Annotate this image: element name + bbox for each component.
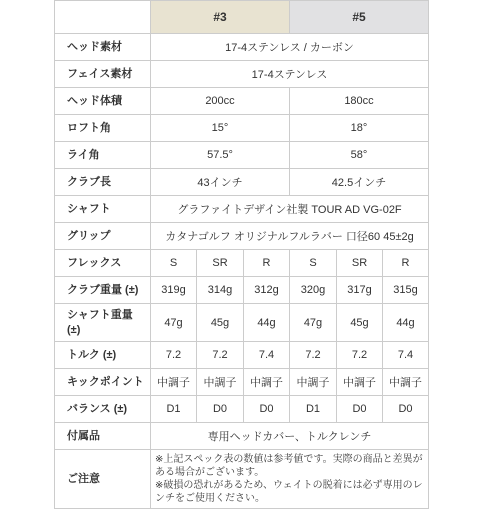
row-label: クラブ重量 (±) <box>55 277 151 304</box>
row-shaft-weight: シャフト重量 (±) 47g 45g 44g 47g 45g 44g <box>55 304 429 342</box>
spec-cell: 7.4 <box>244 342 290 369</box>
spec-cell: D0 <box>383 396 429 423</box>
row-label: トルク (±) <box>55 342 151 369</box>
column-header-3: #3 <box>151 1 290 34</box>
row-notice: ご注意 ※上記スペック表の数値は参考値です。実際の商品と差異がある場合がございま… <box>55 450 429 481</box>
row-head-material: ヘッド素材 17-4ステンレス / カーボン <box>55 34 429 61</box>
spec-cell: 7.2 <box>337 342 383 369</box>
spec-cell: 315g <box>383 277 429 304</box>
spec-cell: R <box>383 250 429 277</box>
spec-value-5: 180cc <box>290 88 429 115</box>
spec-cell: 7.2 <box>151 342 197 369</box>
spec-cell: D0 <box>337 396 383 423</box>
spec-cell: 中調子 <box>244 369 290 396</box>
row-flex: フレックス S SR R S SR R <box>55 250 429 277</box>
row-grip: グリップ カタナゴルフ オリジナルフルラバー 口径60 45±2g <box>55 223 429 250</box>
spec-cell: SR <box>337 250 383 277</box>
row-balance: バランス (±) D1 D0 D0 D1 D0 D0 <box>55 396 429 423</box>
spec-cell: SR <box>197 250 244 277</box>
spec-value-3: 57.5° <box>151 142 290 169</box>
spec-cell: R <box>244 250 290 277</box>
spec-cell: 319g <box>151 277 197 304</box>
spec-value-3: 43インチ <box>151 169 290 196</box>
spec-value: 17-4ステンレス <box>151 61 429 88</box>
spec-cell: 7.2 <box>290 342 337 369</box>
spec-cell: 47g <box>151 304 197 342</box>
spec-value-3: 15° <box>151 115 290 142</box>
spec-cell: 中調子 <box>337 369 383 396</box>
row-loft-angle: ロフト角 15° 18° <box>55 115 429 142</box>
row-label: ライ角 <box>55 142 151 169</box>
corner-cell <box>55 1 151 34</box>
row-club-weight: クラブ重量 (±) 319g 314g 312g 320g 317g 315g <box>55 277 429 304</box>
row-label: グリップ <box>55 223 151 250</box>
column-header-5: #5 <box>290 1 429 34</box>
spec-cell: 7.4 <box>383 342 429 369</box>
spec-cell: D0 <box>244 396 290 423</box>
row-accessories: 付属品 専用ヘッドカバー、トルクレンチ <box>55 423 429 450</box>
spec-value-3: 200cc <box>151 88 290 115</box>
row-label: バランス (±) <box>55 396 151 423</box>
row-head-volume: ヘッド体積 200cc 180cc <box>55 88 429 115</box>
row-label: フェイス素材 <box>55 61 151 88</box>
spec-value: 専用ヘッドカバー、トルクレンチ <box>151 423 429 450</box>
row-label: フレックス <box>55 250 151 277</box>
spec-cell: S <box>151 250 197 277</box>
spec-table-container: #3 #5 ヘッド素材 17-4ステンレス / カーボン フェイス素材 17-4… <box>54 0 429 480</box>
row-label: ヘッド素材 <box>55 34 151 61</box>
spec-cell: D0 <box>197 396 244 423</box>
notice-line-1: ※上記スペック表の数値は参考値です。実際の商品と差異がある場合がございます。 <box>155 453 424 479</box>
row-label: ご注意 <box>55 450 151 481</box>
spec-cell: S <box>290 250 337 277</box>
row-label: シャフト <box>55 196 151 223</box>
spec-cell: 中調子 <box>197 369 244 396</box>
row-torque: トルク (±) 7.2 7.2 7.4 7.2 7.2 7.4 <box>55 342 429 369</box>
row-lie-angle: ライ角 57.5° 58° <box>55 142 429 169</box>
spec-cell: 317g <box>337 277 383 304</box>
spec-cell: 312g <box>244 277 290 304</box>
row-club-length: クラブ長 43インチ 42.5インチ <box>55 169 429 196</box>
row-label: キックポイント <box>55 369 151 396</box>
header-row: #3 #5 <box>55 1 429 34</box>
spec-cell: 中調子 <box>383 369 429 396</box>
spec-value: カタナゴルフ オリジナルフルラバー 口径60 45±2g <box>151 223 429 250</box>
spec-cell: D1 <box>290 396 337 423</box>
notice-text: ※上記スペック表の数値は参考値です。実際の商品と差異がある場合がございます。 ※… <box>151 450 429 481</box>
spec-cell: 中調子 <box>290 369 337 396</box>
spec-value: 17-4ステンレス / カーボン <box>151 34 429 61</box>
spec-value: グラファイトデザイン社製 TOUR AD VG-02F <box>151 196 429 223</box>
row-label: ヘッド体積 <box>55 88 151 115</box>
row-shaft: シャフト グラファイトデザイン社製 TOUR AD VG-02F <box>55 196 429 223</box>
row-label: クラブ長 <box>55 169 151 196</box>
spec-table: #3 #5 ヘッド素材 17-4ステンレス / カーボン フェイス素材 17-4… <box>54 0 429 480</box>
row-label: シャフト重量 (±) <box>55 304 151 342</box>
row-kick-point: キックポイント 中調子 中調子 中調子 中調子 中調子 中調子 <box>55 369 429 396</box>
spec-cell: 47g <box>290 304 337 342</box>
row-label: ロフト角 <box>55 115 151 142</box>
spec-value-5: 18° <box>290 115 429 142</box>
spec-cell: 7.2 <box>197 342 244 369</box>
spec-cell: 45g <box>197 304 244 342</box>
spec-cell: 44g <box>244 304 290 342</box>
row-label: 付属品 <box>55 423 151 450</box>
spec-cell: 中調子 <box>151 369 197 396</box>
spec-cell: 45g <box>337 304 383 342</box>
spec-cell: 44g <box>383 304 429 342</box>
spec-cell: 314g <box>197 277 244 304</box>
row-face-material: フェイス素材 17-4ステンレス <box>55 61 429 88</box>
spec-value-5: 42.5インチ <box>290 169 429 196</box>
spec-cell: 320g <box>290 277 337 304</box>
spec-value-5: 58° <box>290 142 429 169</box>
spec-cell: D1 <box>151 396 197 423</box>
